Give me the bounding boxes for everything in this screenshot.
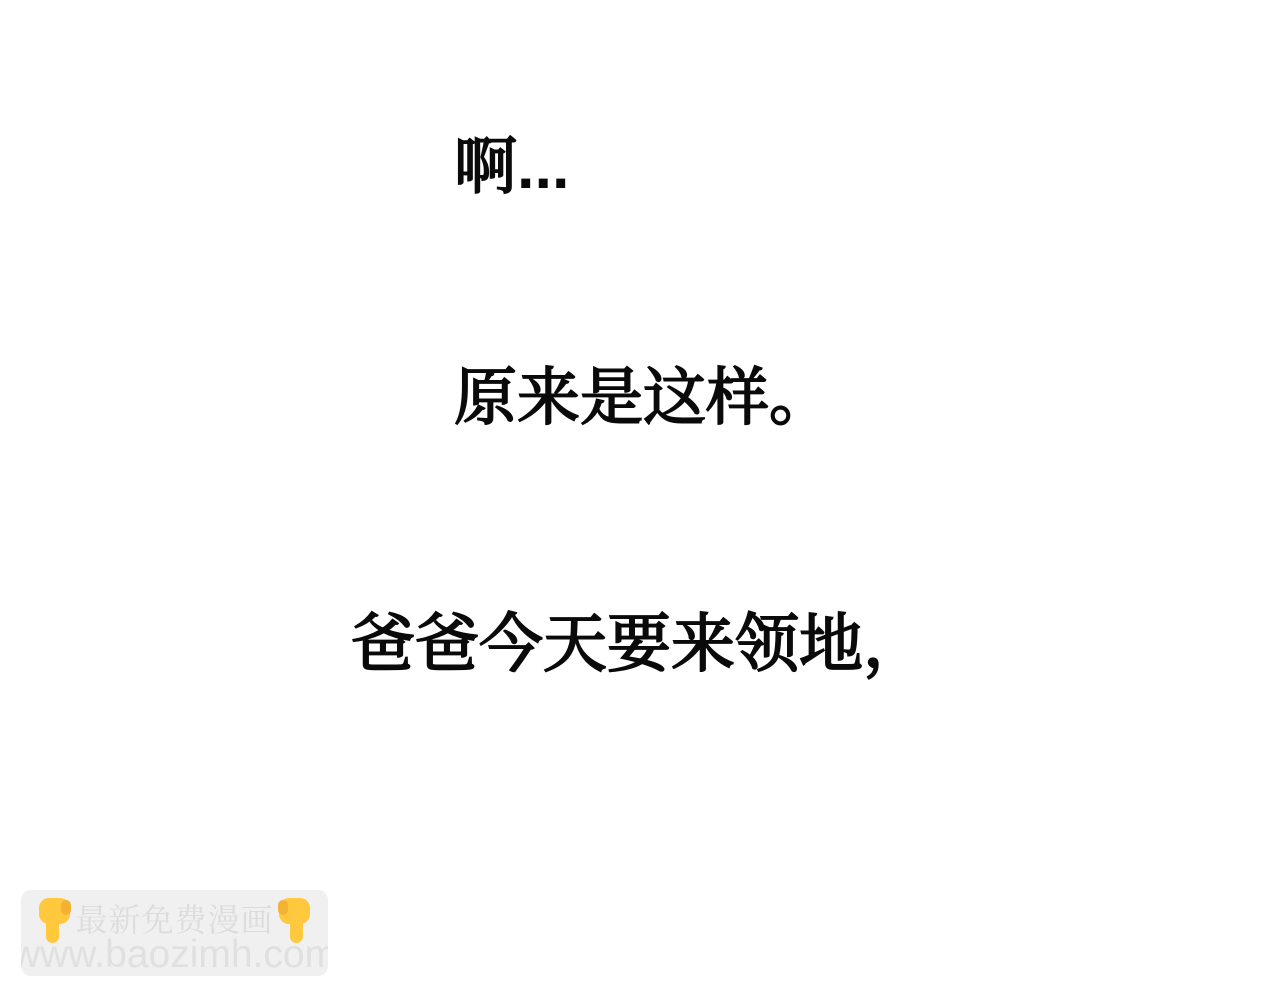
watermark-url: www.baozimh.com [21, 939, 328, 971]
watermark-badge: 最新免费漫画 www.baozimh.com [21, 890, 328, 976]
dialogue-top-line-2: 原来是这样。 [454, 360, 832, 437]
dialogue-top: 啊... 原来是这样。 [454, 0, 832, 514]
dialogue-middle: 爸爸今天要来领地， [351, 612, 927, 676]
watermark-promo-text: 最新免费漫画 [75, 904, 273, 936]
dialogue-top-line-1: 啊... [454, 129, 832, 206]
comic-page: { "page": { "background": "#ffffff", "di… [0, 0, 1280, 1000]
